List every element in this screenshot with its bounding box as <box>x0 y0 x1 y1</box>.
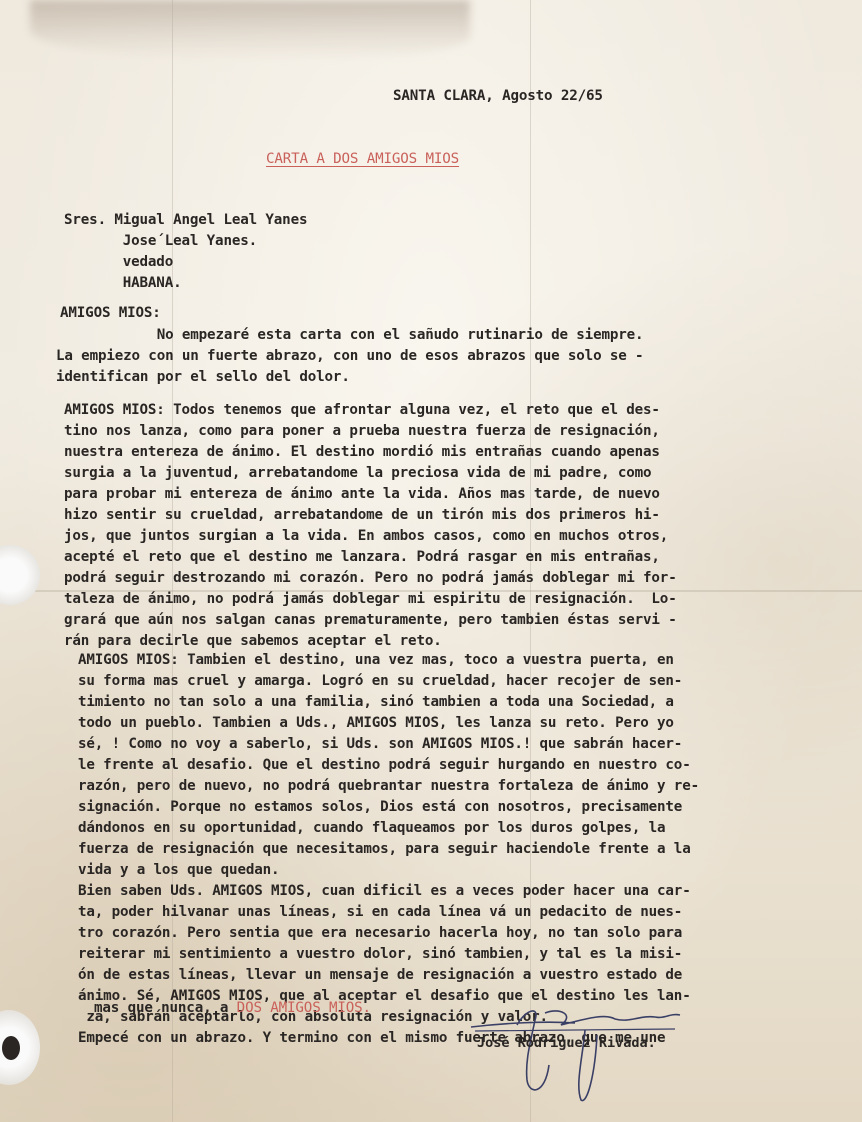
text-line: hizo sentir su crueldad, arrebatandome d… <box>64 505 660 526</box>
text-line: podrá seguir destrozando mi corazón. Per… <box>64 568 677 589</box>
text-line: ón de estas líneas, llevar un mensaje de… <box>78 965 682 986</box>
text-line: reiterar mi sentimiento a vuestro dolor,… <box>78 944 682 965</box>
text-line: nuestra entereza de ánimo. El destino mo… <box>64 442 660 463</box>
text-line: signación. Porque no estamos solos, Dios… <box>78 797 682 818</box>
address-line: Jose´Leal Yanes. <box>64 231 257 252</box>
text-line: AMIGOS MIOS: Tambien el destino, una vez… <box>78 650 674 671</box>
water-stain <box>30 0 470 60</box>
address-line: HABANA. <box>64 273 181 294</box>
punch-hole <box>0 1010 40 1085</box>
text-line: identifican por el sello del dolor. <box>56 367 350 388</box>
text-line: grará que aún nos salgan canas prematura… <box>64 610 677 631</box>
text-line: tino nos lanza, como para poner a prueba… <box>64 421 660 442</box>
text-line: dándonos en su oportunidad, cuando flaqu… <box>78 818 665 839</box>
text-line: jos, que juntos surgian a la vida. En am… <box>64 526 668 547</box>
text-line: su forma mas cruel y amarga. Logró en su… <box>78 671 682 692</box>
text-line: surgia a la juventud, arrebatandome la p… <box>64 463 651 484</box>
address-line: Sres. Migual Angel Leal Yanes <box>64 210 307 231</box>
place-date: SANTA CLARA, Agosto 22/65 <box>393 86 603 107</box>
text-line: Bien saben Uds. AMIGOS MIOS, cuan difici… <box>78 881 691 902</box>
text-line: para probar mi entereza de ánimo ante la… <box>64 484 660 505</box>
closing-text: mas que nunca, a <box>94 1000 237 1016</box>
text-line: vida y a los que quedan. <box>78 860 279 881</box>
text-line: ta, poder hilvanar unas líneas, si en ca… <box>78 902 682 923</box>
text-line: acepté el reto que el destino me lanzara… <box>64 547 660 568</box>
text-line: todo un pueblo. Tambien a Uds., AMIGOS M… <box>78 713 674 734</box>
handwritten-signature <box>465 1005 725 1115</box>
text-line: La empiezo con un fuerte abrazo, con uno… <box>56 346 643 367</box>
closing-line: mas que nunca, a DOS AMIGOS MIOS. <box>94 998 371 1019</box>
text-line: tro corazón. Pero sentia que era necesar… <box>78 923 682 944</box>
text-line: le frente al desafio. Que el destino pod… <box>78 755 691 776</box>
text-line: timiento no tan solo a una familia, sinó… <box>78 692 674 713</box>
text-line: taleza de ánimo, no podrá jamás doblegar… <box>64 589 677 610</box>
text-line: sé, ! Como no voy a saberlo, si Uds. son… <box>78 734 682 755</box>
text-line: razón, pero de nuevo, no podrá quebranta… <box>78 776 699 797</box>
closing-red-text: DOS AMIGOS MIOS. <box>237 1000 371 1016</box>
letter-title: CARTA A DOS AMIGOS MIOS <box>266 149 459 170</box>
text-line: No empezaré esta carta con el sañudo rut… <box>56 325 643 346</box>
text-line: AMIGOS MIOS: Todos tenemos que afrontar … <box>64 400 660 421</box>
signature-name: José Rodriguez Rivada. <box>477 1035 656 1051</box>
signature-block: José Rodriguez Rivada. <box>465 1005 725 1115</box>
punch-hole <box>0 545 40 605</box>
text-line: fuerza de resignación que necesitamos, p… <box>78 839 691 860</box>
salutation: AMIGOS MIOS: <box>60 303 161 324</box>
letter-paper: SANTA CLARA, Agosto 22/65 CARTA A DOS AM… <box>0 0 862 1122</box>
address-line: vedado <box>64 252 173 273</box>
